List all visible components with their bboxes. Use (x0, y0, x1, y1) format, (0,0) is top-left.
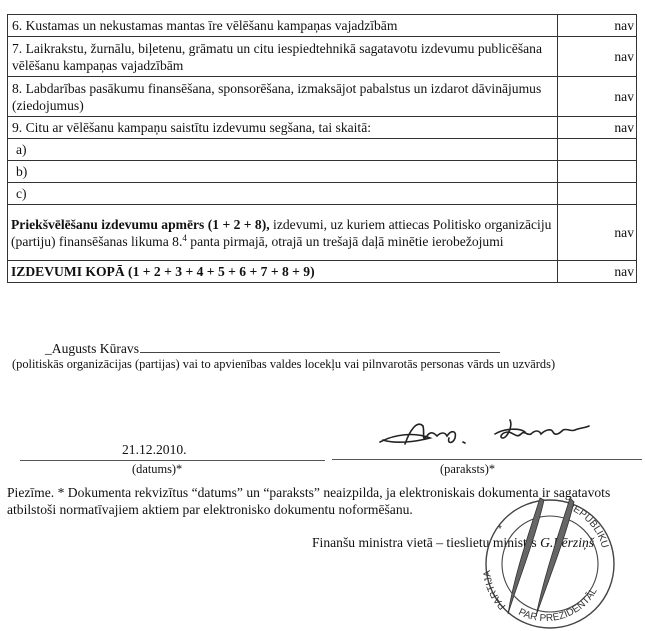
table-row: a) (8, 139, 637, 161)
table-row: b) (8, 161, 637, 183)
row-label: 7. Laikrakstu, žurnālu, biļetenu, grāmat… (8, 37, 558, 77)
pre-election-label: Priekšvēlēšanu izdevumu apmērs (1 + 2 + … (8, 205, 558, 261)
minister-line: Finanšu ministra vietā – tieslietu minis… (312, 535, 594, 551)
pre-election-value: nav (558, 205, 637, 261)
pre-election-row: Priekšvēlēšanu izdevumu apmērs (1 + 2 + … (8, 205, 637, 261)
pre-election-label-bold: Priekšvēlēšanu izdevumu apmērs (1 + 2 + … (11, 217, 270, 232)
signature-caption: (paraksts)* (440, 462, 495, 477)
minister-name: G.Bērziņš (540, 535, 594, 550)
row-value: nav (558, 117, 637, 139)
footnote: Piezīme. * Dokumenta rekvizītus “datums”… (7, 484, 637, 518)
row-label: 8. Labdarības pasākumu finansēšana, spon… (8, 77, 558, 117)
table-row: 6. Kustamas un nekustamas mantas īre vēl… (8, 15, 637, 37)
signatory-prefix: _ (45, 341, 52, 356)
total-label: IZDEVUMI KOPĀ (1 + 2 + 3 + 4 + 5 + 6 + 7… (8, 261, 558, 283)
row-value: nav (558, 77, 637, 117)
table-row: 9. Citu ar vēlēšanu kampaņu saistītu izd… (8, 117, 637, 139)
signatory-caption: (politiskās organizācijas (partijas) vai… (12, 357, 555, 372)
row-value: nav (558, 15, 637, 37)
signatory-name-line: _Augusts Kūravs (45, 340, 500, 357)
pre-election-label-text-b: panta pirmajā, otrajā un trešajā daļā mi… (187, 234, 504, 249)
expenses-table: 6. Kustamas un nekustamas mantas īre vēl… (7, 14, 637, 283)
row-label: b) (8, 161, 558, 183)
row-label: a) (8, 139, 558, 161)
row-value (558, 139, 637, 161)
table-row: c) (8, 183, 637, 205)
table-row: 8. Labdarības pasākumu finansēšana, spon… (8, 77, 637, 117)
row-value: nav (558, 37, 637, 77)
row-label: c) (8, 183, 558, 205)
row-value (558, 161, 637, 183)
svg-text:*: * (498, 524, 502, 535)
total-value: nav (558, 261, 637, 283)
row-label: 9. Citu ar vēlēšanu kampaņu saistītu izd… (8, 117, 558, 139)
row-label: 6. Kustamas un nekustamas mantas īre vēl… (8, 15, 558, 37)
total-row: IZDEVUMI KOPĀ (1 + 2 + 3 + 4 + 5 + 6 + 7… (8, 261, 637, 283)
svg-text:PARTIJA: PARTIJA (482, 569, 508, 611)
signature-underline (332, 459, 642, 460)
handwritten-signature (375, 412, 605, 452)
table-row: 7. Laikrakstu, žurnālu, biļetenu, grāmat… (8, 37, 637, 77)
signatory-name: Augusts Kūravs (52, 341, 139, 356)
name-underline (140, 340, 500, 353)
date-value: 21.12.2010. (122, 442, 187, 458)
row-value (558, 183, 637, 205)
minister-title: Finanšu ministra vietā – tieslietu minis… (312, 535, 540, 550)
date-caption: (datums)* (132, 462, 182, 477)
